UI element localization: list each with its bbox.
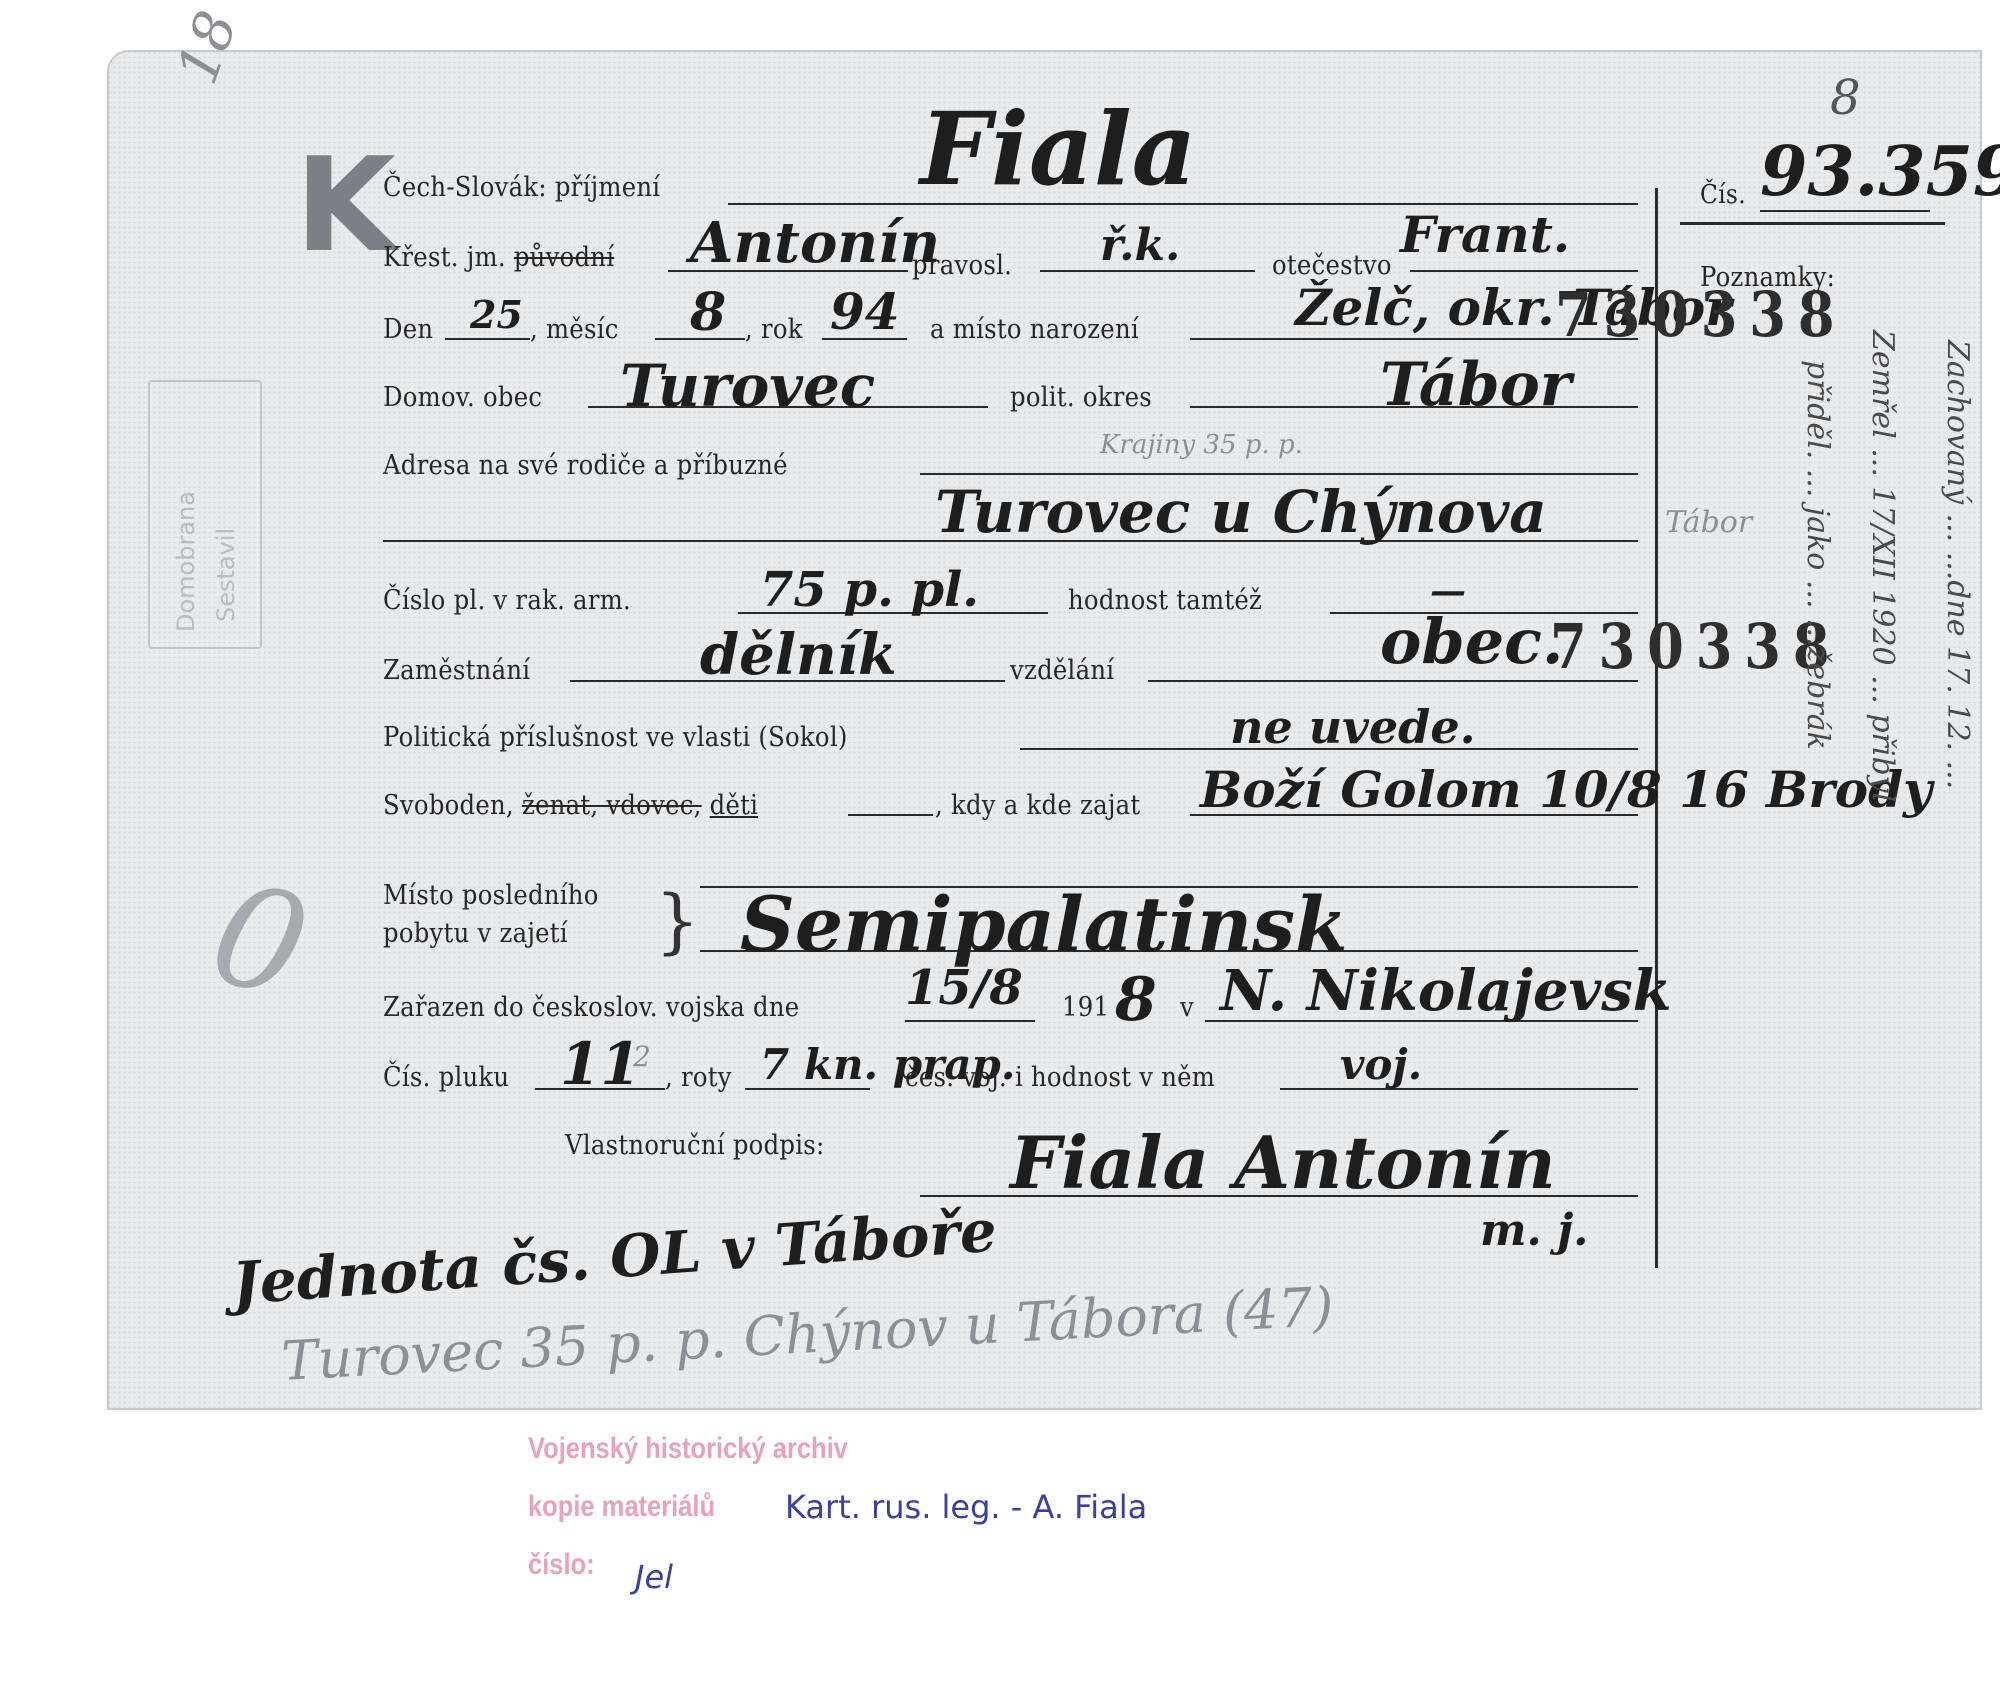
archive-reference: Kart. rus. leg. - A. Fiala xyxy=(785,1488,1147,1526)
enlisted-place-label: v xyxy=(1180,992,1194,1023)
side-stamp-line-2: Sestavil xyxy=(212,528,240,622)
last-captivity-label-1: Místo posledního xyxy=(383,880,599,911)
marital-children: děti xyxy=(710,790,759,821)
card-number-double-line xyxy=(1680,222,1945,225)
day-line xyxy=(445,338,530,340)
marital-label: Svoboden, ženat, vdovec, děti xyxy=(383,790,758,821)
birthplace-label: a místo narození xyxy=(930,314,1139,345)
card-number-pencil: 8 xyxy=(1830,70,1861,126)
stamp-number-top: 730338 xyxy=(1555,278,1846,351)
surname-label: Čech-Slovák: příjmení xyxy=(383,172,660,203)
signature-value: Fiala Antonín xyxy=(1010,1120,1556,1205)
education-label: vzdělání xyxy=(1010,655,1114,686)
archive-stamp-line-2: kopie materiálů xyxy=(528,1490,715,1524)
margin-note-3: přiděl. ... jako ... ...žebrák xyxy=(1800,360,1835,750)
given-name-prefix: Křest. jm. xyxy=(383,242,506,273)
political-district-label: polit. okres xyxy=(1010,382,1152,413)
signature-label: Vlastnoruční podpis: xyxy=(565,1130,824,1161)
brace: } xyxy=(655,880,700,962)
captured-value: Boží Golom 10/8 16 Brody xyxy=(1200,760,1932,819)
faded-side-stamp: Domobrana Sestavil xyxy=(148,380,262,649)
margin-note-2: Zemřel ... 17/XII 1920 ... přibyl xyxy=(1865,330,1900,802)
month-label: , měsíc xyxy=(530,314,619,345)
regiment-value: 11 xyxy=(560,1030,641,1098)
political-affiliation-label: Politická příslušnost ve vlasti (Sokol) xyxy=(383,722,848,753)
fatherland-label: otečestvo xyxy=(1272,250,1392,281)
signature-below: m. j. xyxy=(1480,1205,1588,1256)
address-label: Adresa na své rodiče a příbuzné xyxy=(383,450,788,481)
enlisted-year-prefix: 191 xyxy=(1062,992,1109,1023)
company-label: , roty xyxy=(665,1062,732,1093)
given-name-label: Křest. jm. původní xyxy=(383,242,614,273)
address-line-1 xyxy=(920,473,1638,475)
address-pencil-right: Tábor xyxy=(1665,505,1752,540)
last-captivity-value: Semipalatinsk xyxy=(740,880,1348,969)
day-label: Den xyxy=(383,314,433,345)
fatherland-value: Frant. xyxy=(1400,205,1570,264)
address-value: Turovec u Chýnova xyxy=(935,478,1547,546)
children-line xyxy=(848,814,933,816)
religion-value: ř.k. xyxy=(1100,220,1180,271)
side-stamp-line-1: Domobrana xyxy=(172,491,200,632)
enlisted-date-line xyxy=(905,1020,1035,1022)
archive-initials: Jel xyxy=(635,1558,673,1596)
religion-label: pravosl. xyxy=(912,250,1012,281)
last-captivity-label-2: pobytu v zajetí xyxy=(383,918,568,949)
archive-stamp-line-3: číslo: xyxy=(528,1548,595,1582)
enlisted-label: Zařazen do českoslov. vojska dne xyxy=(383,992,799,1023)
given-name-struck: původní xyxy=(514,242,614,273)
card-number-label: Čís. xyxy=(1700,180,1746,210)
captured-label: , kdy a kde zajat xyxy=(935,790,1140,821)
archive-stamp-line-1: Vojenský historický archiv xyxy=(528,1432,848,1466)
political-district-value: Tábor xyxy=(1380,350,1571,420)
day-value: 25 xyxy=(470,292,523,337)
stamp-number-middle: 730338 xyxy=(1550,610,1841,683)
enlisted-place-value: N. Nikolajevsk xyxy=(1220,958,1672,1024)
month-value: 8 xyxy=(690,282,726,343)
surname-value: Fiala xyxy=(920,90,1197,208)
occupation-label: Zaměstnání xyxy=(383,655,530,686)
regiment-label: Čís. pluku xyxy=(383,1062,509,1093)
home-municipality-value: Turovec xyxy=(620,352,875,420)
austrian-regiment-label: Číslo pl. v rak. arm. xyxy=(383,585,631,616)
year-value: 94 xyxy=(830,282,900,341)
card-number: 93.359 xyxy=(1760,132,2000,212)
corner-letter: K xyxy=(295,140,396,270)
year-label: , rok xyxy=(745,314,803,345)
rank-there-label: hodnost tamtéž xyxy=(1068,585,1262,616)
rank-cs-label: čes. voj. i hodnost v něm xyxy=(905,1062,1215,1093)
marital-free: Svoboden, xyxy=(383,790,514,821)
marital-struck: ženat, vdovec, xyxy=(522,790,702,821)
margin-note-1: Zachovaný ... ...dne 17. 12. ... xyxy=(1940,340,1975,789)
card-number-underline xyxy=(1760,210,1930,212)
education-value: obec. xyxy=(1380,605,1564,678)
enlisted-date-value: 15/8 xyxy=(905,960,1023,1016)
home-municipality-label: Domov. obec xyxy=(383,382,542,413)
occupation-value: dělník xyxy=(700,622,897,688)
rank-cs-value: voj. xyxy=(1340,1040,1422,1089)
fatherland-line xyxy=(1410,270,1638,272)
enlisted-year-suffix: 8 xyxy=(1115,965,1157,1035)
given-name-value: Antonín xyxy=(690,210,940,276)
political-affiliation-value: ne uvede. xyxy=(1230,700,1476,754)
rank-cs-line xyxy=(1280,1088,1638,1090)
austrian-regiment-value: 75 p. pl. xyxy=(760,562,979,618)
regiment-pencil: 2 xyxy=(633,1040,651,1073)
address-pencil-note: Krajiny 35 p. p. xyxy=(1100,430,1303,460)
